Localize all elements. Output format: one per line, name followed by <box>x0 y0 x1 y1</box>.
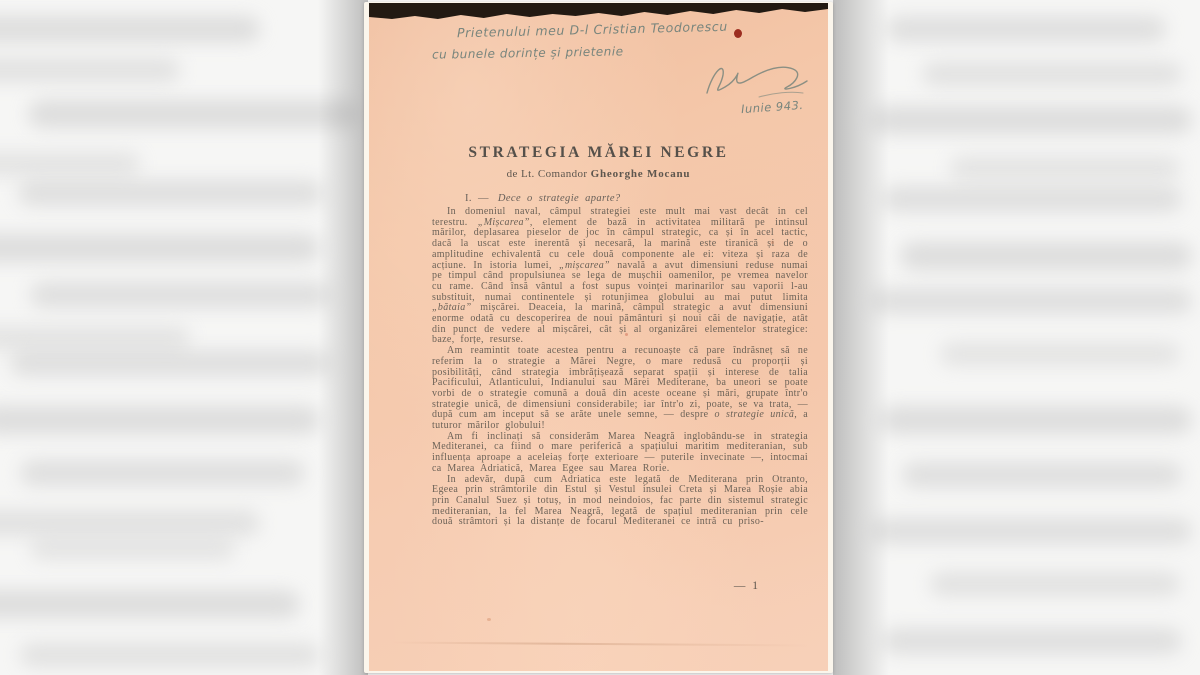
byline-prefix: de Lt. Comandor <box>507 168 591 180</box>
background-blur-blob <box>900 242 1192 270</box>
section-title: Dece o strategie aparte? <box>498 193 621 204</box>
body-paragraph: In adevăr, după cum Adriatica este legat… <box>432 475 808 529</box>
page-number: — 1 <box>734 580 760 592</box>
background-blur-blob <box>930 572 1180 596</box>
background-blur-blob <box>28 100 358 128</box>
background-blur-blob <box>950 156 1180 180</box>
paper-speck <box>625 333 628 336</box>
background-blur-blob <box>902 462 1182 488</box>
screenshot-root: Prietenului meu D-l Cristian Teodorescu … <box>0 0 1200 675</box>
background-blur-blob <box>882 628 1182 654</box>
background-blur-blob <box>0 590 300 618</box>
body-paragraph: Am reamintit toate acestea pentru a recu… <box>432 346 808 432</box>
background-blur-blob <box>872 518 1192 544</box>
byline: de Lt. Comandor Gheorghe Mocanu <box>369 168 828 180</box>
paper-speck <box>771 241 774 244</box>
background-blur-blob <box>882 186 1182 212</box>
handwritten-dedication-line1: Prietenului meu D-l Cristian Teodorescu <box>457 19 728 41</box>
background-blur-blob <box>872 288 1192 314</box>
background-blur-blob <box>940 342 1180 366</box>
scan-shadow-left <box>318 0 368 675</box>
background-blur-blob <box>0 406 320 434</box>
emphasized-text: o strategie unică <box>715 409 795 420</box>
body-paragraph: Am fi inclinați să considerăm Marea Neag… <box>432 432 808 475</box>
article-body: In domeniul naval, câmpul strategiei est… <box>432 207 808 528</box>
background-blur-blob <box>886 16 1166 42</box>
background-blur-blob <box>872 106 1192 134</box>
body-text-run: Am fi inclinați să considerăm Marea Neag… <box>432 431 808 474</box>
background-blur-blob <box>880 406 1192 434</box>
background-blur-blob <box>18 180 323 206</box>
background-blur-blob <box>0 152 140 176</box>
emphasized-text: „bătaia” <box>432 302 471 313</box>
body-text-run: In adevăr, după cum Adriatica este legat… <box>432 474 808 528</box>
emphasized-text: „Mișcarea” <box>478 217 530 228</box>
body-paragraph: In domeniul naval, câmpul strategiei est… <box>432 207 808 346</box>
background-blur-blob <box>0 16 260 42</box>
background-blur-blob <box>20 460 305 486</box>
background-blur-blob <box>30 538 235 560</box>
background-blur-blob <box>0 234 320 262</box>
body-text-run: mișcărei. Deaceia, la marină, câmpul str… <box>432 302 808 345</box>
handwritten-date: Iunie 943. <box>741 98 804 116</box>
background-blur-blob <box>0 58 180 82</box>
paper-page: Prietenului meu D-l Cristian Teodorescu … <box>369 3 828 671</box>
section-heading: I. —Dece o strategie aparte? <box>465 193 621 204</box>
red-ink-dot <box>734 29 742 38</box>
paper-speck <box>487 618 491 621</box>
background-blur-blob <box>10 350 330 376</box>
scan-shadow-right <box>833 0 889 675</box>
background-blur-blob <box>0 326 190 350</box>
section-numeral: I. — <box>465 193 489 204</box>
background-blur-blob <box>0 510 260 536</box>
emphasized-text: „mișcarea” <box>559 260 610 271</box>
background-blur-blob <box>20 643 320 667</box>
paper-crease <box>389 642 809 647</box>
background-blur-blob <box>922 62 1182 86</box>
handwritten-dedication-line2: cu bunele dorințe și prietenie <box>432 44 624 61</box>
background-blur-blob <box>30 282 330 308</box>
page-title: STRATEGIA MĂREI NEGRE <box>369 144 828 162</box>
byline-name: Gheorghe Mocanu <box>591 168 691 180</box>
torn-top-edge <box>369 3 828 21</box>
